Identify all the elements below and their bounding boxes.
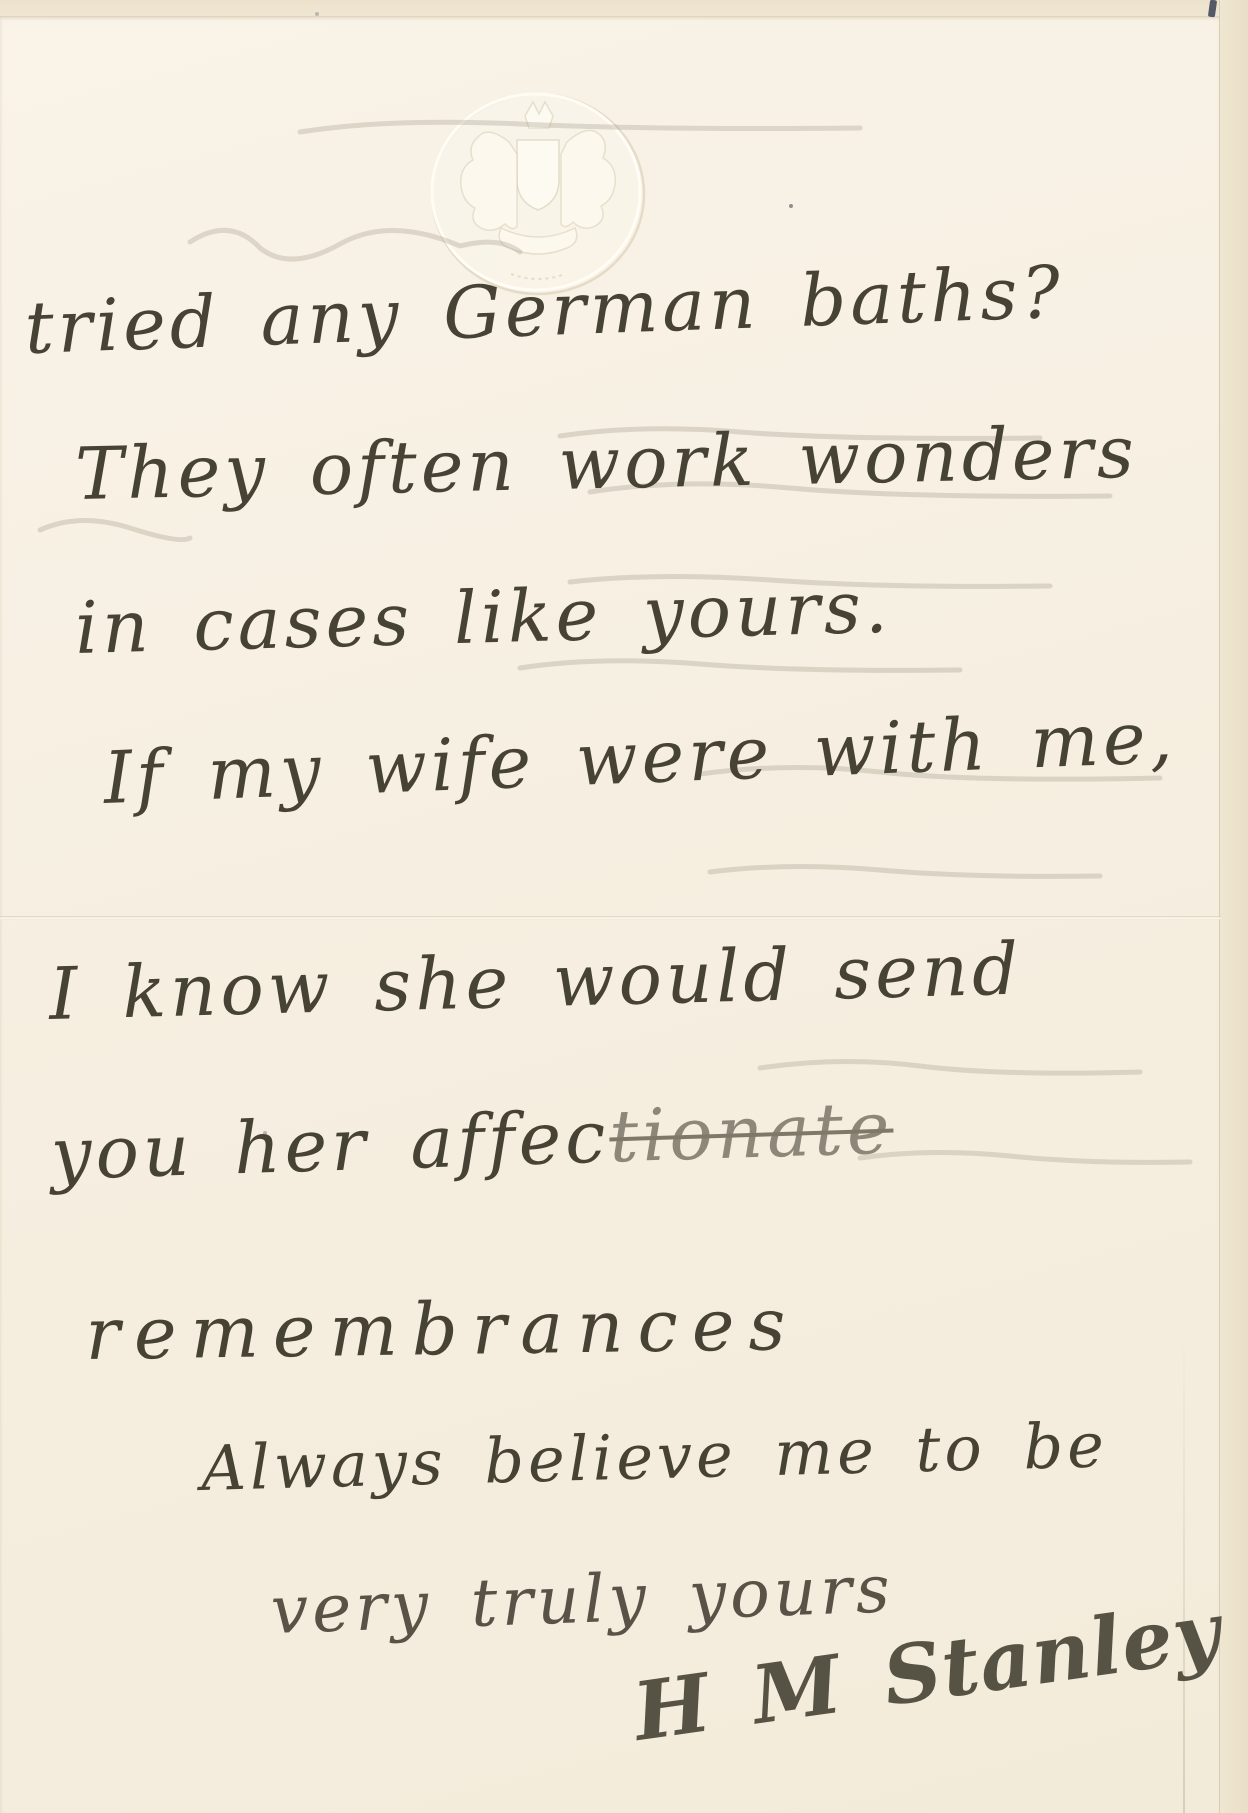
vertical-paper-crease <box>1183 1320 1185 1813</box>
struck-through-text: tionate <box>608 1086 895 1179</box>
letter-line-text: you her affec <box>50 1094 611 1196</box>
paper-top-edge <box>0 0 1248 17</box>
horizontal-fold-crease <box>0 916 1221 920</box>
letter-line: They often work wonders <box>74 416 1138 510</box>
letter-photograph: tried any German baths? They often work … <box>0 0 1248 1813</box>
ink-speck <box>315 12 319 16</box>
letter-line: remembrances <box>85 1288 800 1370</box>
letter-line: in cases like yours. <box>74 571 892 664</box>
ink-speck <box>263 1131 267 1135</box>
paper-right-edge <box>1219 0 1248 1813</box>
ink-speck <box>789 204 793 208</box>
